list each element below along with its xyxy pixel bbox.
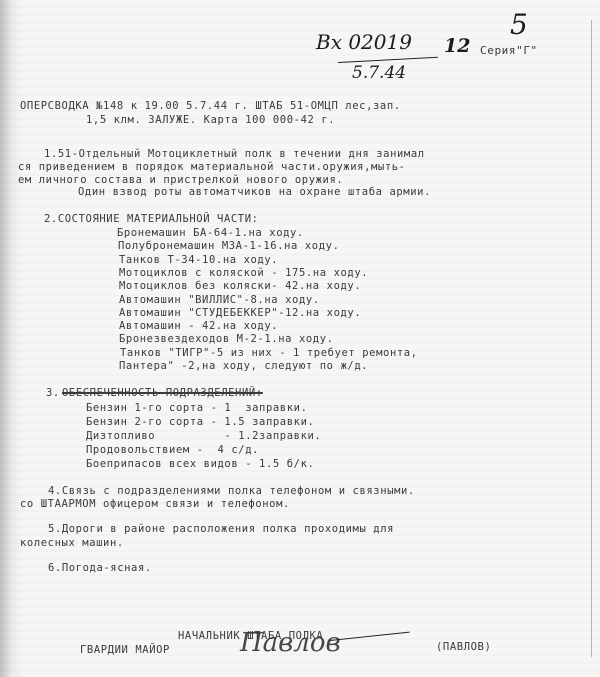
section5-line-1: 5.Дороги в районе расположения полка про…: [48, 523, 394, 536]
section2-heading: 2.СОСТОЯНИЕ МАТЕРИАЛЬНОЙ ЧАСТИ:: [44, 213, 259, 226]
mark-handwritten: 5: [510, 8, 528, 41]
supply-item: Дизтопливо - 1.2заправки.: [86, 430, 321, 443]
material-item: Мотоциклов с коляской - 175.на ходу.: [119, 267, 368, 280]
document-page: Вх 02019 5.7.44 12 5 Серия"Г" ОПЕРСВОДКА…: [0, 0, 600, 677]
section6-line: 6.Погода-ясная.: [48, 562, 152, 575]
material-item: Танков Т-34-10.на ходу.: [119, 254, 278, 267]
section1-line-1: 1.51-Отдельный Мотоциклетный полк в тече…: [44, 148, 425, 161]
handwritten-signature: Павлов: [240, 628, 341, 658]
signature-stroke: [330, 632, 410, 641]
material-item: Автомашин - 42.на ходу.: [119, 320, 278, 333]
supply-item: Бензин 1-го сорта - 1 заправки.: [86, 402, 308, 415]
material-item: Полубронемашин МЗА-1-16.на ходу.: [118, 240, 340, 253]
section4-line-2: со ШТААРМОМ офицером связи и телефоном.: [20, 498, 290, 511]
page-edge: [591, 20, 592, 657]
incoming-number-handwritten: Вх 02019: [316, 30, 412, 54]
section1-line-4: Один взвод роты автоматчиков на охране ш…: [78, 186, 431, 199]
material-item: Пантера" -2,на ходу, следуют по ж/д.: [119, 360, 368, 373]
section1-line-2: ся приведением в порядок материальной ча…: [18, 161, 406, 174]
material-item: Автомашин "СТУДЕБЕККЕР"-12.на ходу.: [119, 307, 361, 320]
incoming-date-handwritten: 5.7.44: [352, 63, 406, 83]
supply-item: Бензин 2-го сорта - 1.5 заправки.: [86, 416, 314, 429]
title-line-1: ОПЕРСВОДКА №148 к 19.00 5.7.44 г. ШТАБ 5…: [20, 100, 401, 113]
number-handwritten: 12: [444, 35, 470, 57]
section5-line-2: колесных машин.: [20, 537, 124, 550]
series-label: Серия"Г": [480, 44, 538, 57]
section4-line-1: 4.Связь с подразделениями полка телефоно…: [48, 485, 415, 498]
material-item: Мотоциклов без коляски- 42.на ходу.: [119, 280, 361, 293]
title-line-2: 1,5 клм. ЗАЛУЖЕ. Карта 100 000-42 г.: [86, 114, 335, 127]
material-item: Автомашин "ВИЛЛИС"-8.на ходу.: [119, 294, 320, 307]
signature-rank: ГВАРДИИ МАЙОР: [80, 644, 170, 657]
section3-heading-struck: ОБЕСПЕЧЕННОСТЬ ПОДРАЗДЕЛЕНИЙ:: [62, 387, 263, 400]
supply-item: Продовольствием - 4 с/д.: [86, 444, 259, 457]
material-item: Бронемашин БА-64-1.на ходу.: [117, 227, 304, 240]
material-item: Танков "ТИГР"-5 из них - 1 требует ремон…: [120, 347, 418, 360]
section3-number: 3.: [46, 387, 60, 400]
supply-item: Боеприпасов всех видов - 1.5 б/к.: [86, 458, 314, 471]
signature-name: (ПАВЛОВ): [436, 641, 491, 654]
material-item: Бронезвездеходов М-2-1.на ходу.: [119, 333, 334, 346]
